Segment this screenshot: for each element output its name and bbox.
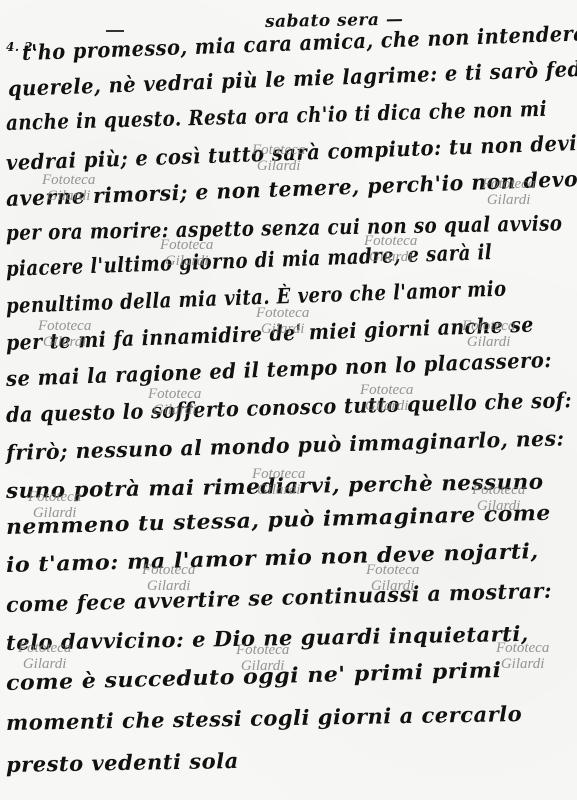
letter-line: da questo lo sofferto conosco tutto quel…: [6, 387, 573, 427]
letter-line: suno potrà mai rimediarvi, perchè nessun…: [6, 469, 544, 503]
letter-line: io t'amo: ma l'amor mio non deve nojarti…: [6, 538, 539, 577]
letter-line: momenti che stessi cogli giorni a cercar…: [6, 701, 523, 735]
letter-line: anche in questo. Resta ora ch'io ti dica…: [6, 96, 548, 135]
letter-line: come è succeduto oggi ne' primi primi: [6, 657, 502, 695]
watermark-line2: Gilardi: [482, 192, 535, 208]
letter-line: presto vedenti sola: [6, 748, 239, 777]
letter-line: per te mi fa innamidire de' miei giorni …: [6, 312, 535, 355]
letter-line: se mai la ragione ed il tempo non lo pla…: [6, 347, 553, 391]
letter-line: piacere l'ultimo giorno di mia madre, e …: [6, 239, 493, 281]
letter-page: sabato sera — 4. 2. t'ho promesso, mia c…: [0, 0, 577, 800]
letter-line: nemmeno tu stessa, può immaginare come: [6, 500, 551, 539]
letter-line: come fece avvertire se continuassi a mos…: [6, 578, 553, 617]
letter-line: penultimo della mia vita. È vero che l'a…: [6, 276, 507, 318]
watermark-line2: Gilardi: [496, 656, 549, 672]
letter-line: frirò; nessuno al mondo può immaginarlo,…: [6, 425, 565, 465]
top-dash-mark: [106, 30, 124, 32]
letter-line: averne rimorsi; e non temere, perch'io n…: [6, 166, 577, 211]
letter-line: telo davvicino: e Dio ne guardi inquieta…: [6, 621, 529, 655]
